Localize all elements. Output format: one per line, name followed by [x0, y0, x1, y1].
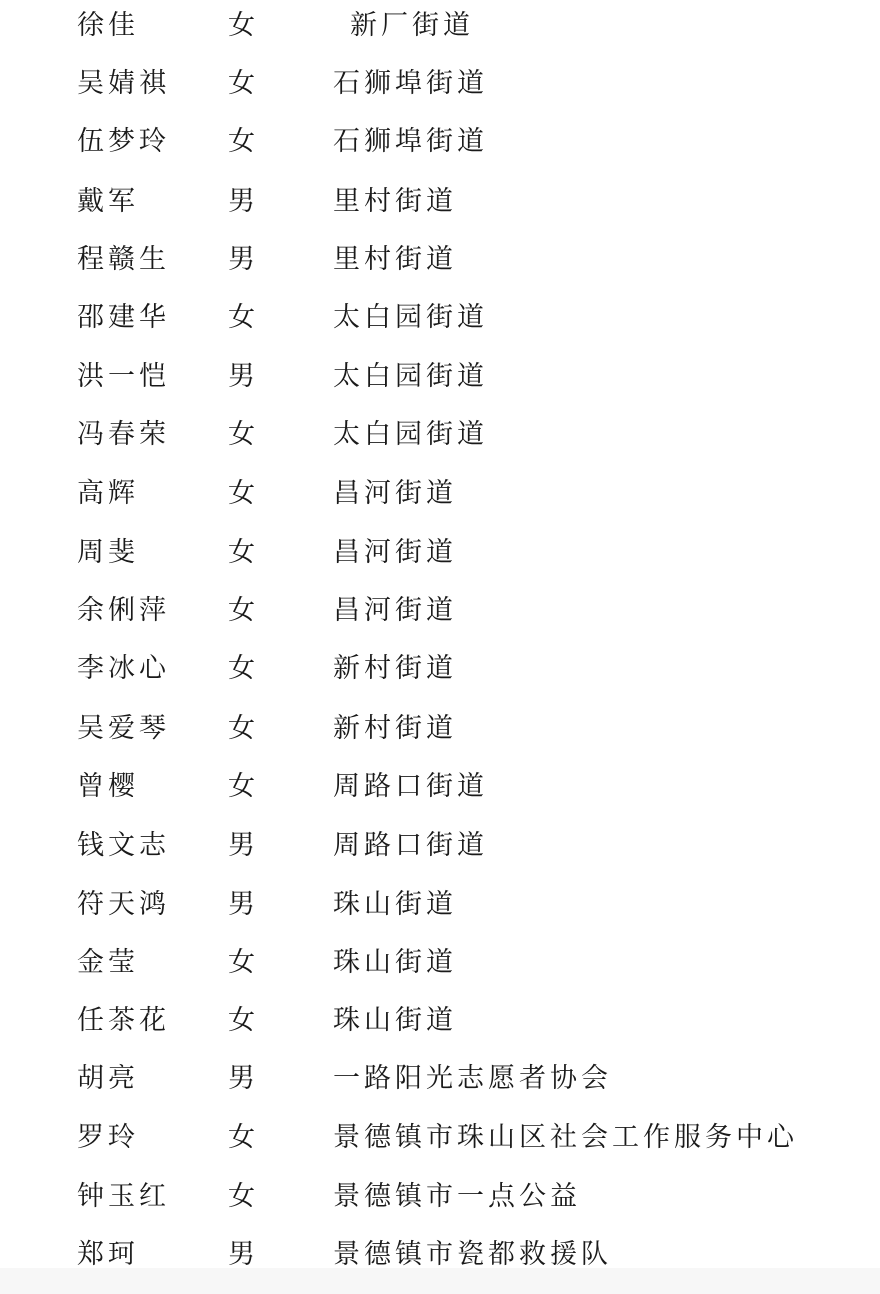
gender-cell: 男 — [228, 240, 259, 280]
unit-cell: 珠山街道 — [333, 1001, 457, 1041]
unit-cell: 里村街道 — [333, 182, 457, 222]
name-cell: 吴爱琴 — [77, 709, 170, 749]
unit-cell: 珠山街道 — [333, 943, 457, 983]
list-row: 程赣生 男 里村街道 — [0, 240, 880, 280]
list-row: 周斐 女 昌河街道 — [0, 533, 880, 573]
gender-cell: 女 — [228, 122, 259, 162]
list-row: 罗玲 女 景德镇市珠山区社会工作服务中心 — [0, 1118, 880, 1158]
name-cell: 邵建华 — [77, 298, 170, 338]
list-row: 冯春荣 女 太白园街道 — [0, 415, 880, 455]
name-cell: 钱文志 — [77, 826, 170, 866]
name-cell: 伍梦玲 — [77, 122, 170, 162]
gender-cell: 男 — [228, 885, 259, 925]
unit-cell: 昌河街道 — [333, 533, 457, 573]
document-page: 徐佳 女 新厂街道 吴婧祺 女 石狮埠街道 伍梦玲 女 石狮埠街道 戴军 男 里… — [0, 0, 880, 1294]
unit-cell: 石狮埠街道 — [333, 122, 488, 162]
unit-cell: 一路阳光志愿者协会 — [333, 1059, 612, 1099]
list-row: 高辉 女 昌河街道 — [0, 474, 880, 514]
name-cell: 洪一恺 — [77, 357, 170, 397]
name-cell: 程赣生 — [77, 240, 170, 280]
list-row: 钱文志 男 周路口街道 — [0, 826, 880, 866]
unit-cell: 里村街道 — [333, 240, 457, 280]
gender-cell: 男 — [228, 182, 259, 222]
name-cell: 余俐萍 — [77, 591, 170, 631]
page-bottom-edge — [0, 1268, 880, 1294]
unit-cell: 新村街道 — [333, 709, 457, 749]
list-row: 戴军 男 里村街道 — [0, 182, 880, 222]
gender-cell: 女 — [228, 709, 259, 749]
name-cell: 符天鸿 — [77, 885, 170, 925]
name-cell: 高辉 — [77, 474, 139, 514]
unit-cell: 太白园街道 — [333, 415, 488, 455]
name-cell: 徐佳 — [77, 6, 139, 46]
gender-cell: 女 — [228, 591, 259, 631]
gender-cell: 男 — [228, 357, 259, 397]
list-row: 伍梦玲 女 石狮埠街道 — [0, 122, 880, 162]
name-cell: 冯春荣 — [77, 415, 170, 455]
name-cell: 吴婧祺 — [77, 64, 170, 104]
unit-cell: 新厂街道 — [350, 6, 474, 46]
unit-cell: 新村街道 — [333, 649, 457, 689]
gender-cell: 女 — [228, 1001, 259, 1041]
list-row: 李冰心 女 新村街道 — [0, 649, 880, 689]
gender-cell: 女 — [228, 1118, 259, 1158]
unit-cell: 昌河街道 — [333, 591, 457, 631]
unit-cell: 昌河街道 — [333, 474, 457, 514]
name-cell: 戴军 — [77, 182, 139, 222]
name-cell: 周斐 — [77, 533, 139, 573]
list-row: 胡亮 男 一路阳光志愿者协会 — [0, 1059, 880, 1099]
list-row: 吴爱琴 女 新村街道 — [0, 709, 880, 749]
unit-cell: 太白园街道 — [333, 357, 488, 397]
list-row: 徐佳 女 新厂街道 — [0, 6, 880, 46]
unit-cell: 珠山街道 — [333, 885, 457, 925]
gender-cell: 女 — [228, 474, 259, 514]
unit-cell: 太白园街道 — [333, 298, 488, 338]
unit-cell: 周路口街道 — [333, 826, 488, 866]
gender-cell: 女 — [228, 1177, 259, 1217]
gender-cell: 女 — [228, 64, 259, 104]
name-cell: 李冰心 — [77, 649, 170, 689]
name-cell: 金莹 — [77, 943, 139, 983]
gender-cell: 女 — [228, 767, 259, 807]
unit-cell: 景德镇市珠山区社会工作服务中心 — [333, 1118, 798, 1158]
gender-cell: 男 — [228, 826, 259, 866]
list-row: 邵建华 女 太白园街道 — [0, 298, 880, 338]
list-row: 洪一恺 男 太白园街道 — [0, 357, 880, 397]
list-row: 曾樱 女 周路口街道 — [0, 767, 880, 807]
name-cell: 任茶花 — [77, 1001, 170, 1041]
name-cell: 钟玉红 — [77, 1177, 170, 1217]
list-row: 吴婧祺 女 石狮埠街道 — [0, 64, 880, 104]
list-row: 余俐萍 女 昌河街道 — [0, 591, 880, 631]
list-row: 符天鸿 男 珠山街道 — [0, 885, 880, 925]
gender-cell: 女 — [228, 298, 259, 338]
unit-cell: 周路口街道 — [333, 767, 488, 807]
list-row: 任茶花 女 珠山街道 — [0, 1001, 880, 1041]
unit-cell: 石狮埠街道 — [333, 64, 488, 104]
gender-cell: 女 — [228, 415, 259, 455]
name-cell: 胡亮 — [77, 1059, 139, 1099]
gender-cell: 女 — [228, 6, 259, 46]
gender-cell: 女 — [228, 649, 259, 689]
list-row: 金莹 女 珠山街道 — [0, 943, 880, 983]
gender-cell: 女 — [228, 943, 259, 983]
gender-cell: 男 — [228, 1059, 259, 1099]
name-cell: 罗玲 — [77, 1118, 139, 1158]
name-cell: 曾樱 — [77, 767, 139, 807]
gender-cell: 女 — [228, 533, 259, 573]
list-row: 钟玉红 女 景德镇市一点公益 — [0, 1177, 880, 1217]
unit-cell: 景德镇市一点公益 — [333, 1177, 581, 1217]
